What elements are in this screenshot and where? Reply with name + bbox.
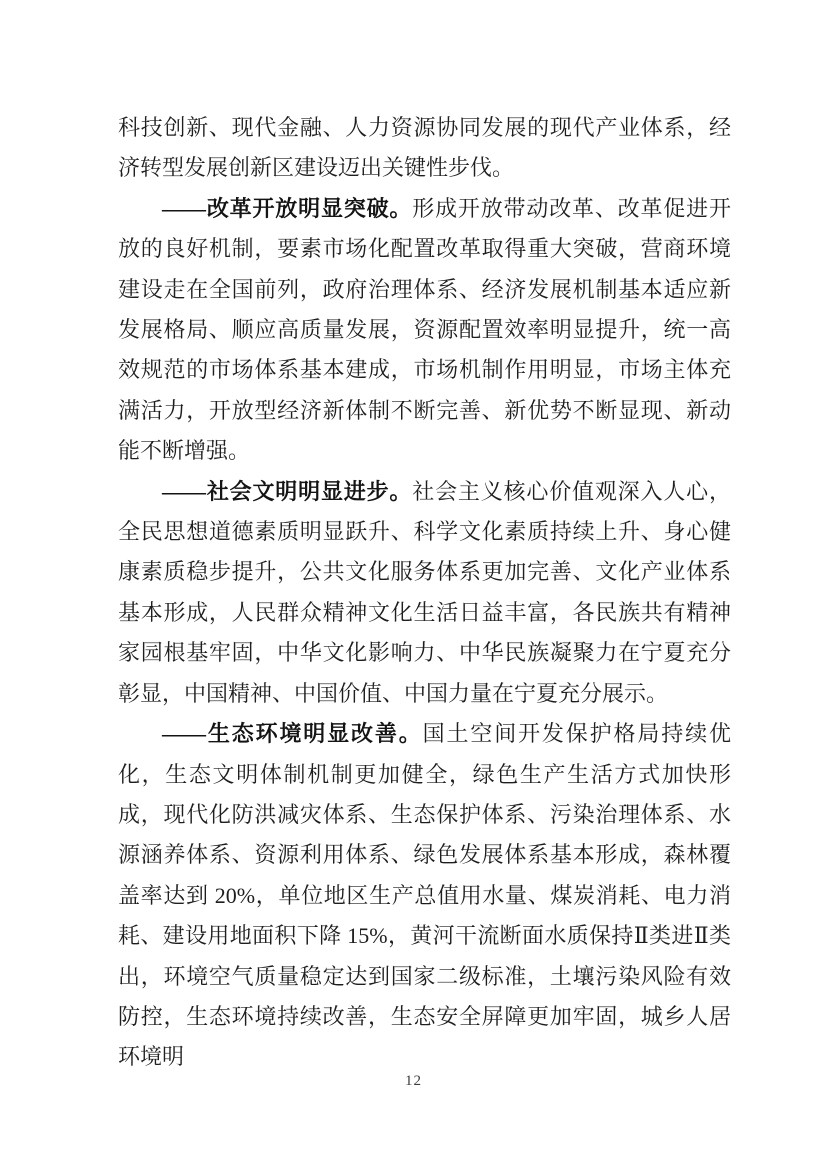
paragraph-text: 社会主义核心价值观深入人心，全民思想道德素质明显跃升、科学文化素质持续上升、身心…	[118, 479, 731, 706]
paragraph-text: 科技创新、现代金融、人力资源协同发展的现代产业体系，经济转型发展创新区建设迈出关…	[118, 115, 731, 180]
paragraph-lead: ——改革开放明显突破。	[162, 196, 412, 221]
paragraph-ecological-environment: ——生态环境明显改善。国土空间开发保护格局持续优化，生态文明体制机制更加健全，绿…	[118, 714, 731, 1078]
paragraph-continuation: 科技创新、现代金融、人力资源协同发展的现代产业体系，经济转型发展创新区建设迈出关…	[118, 108, 731, 189]
paragraph-reform-opening: ——改革开放明显突破。形成开放带动改革、改革促进开放的良好机制，要素市场化配置改…	[118, 189, 731, 472]
text-block: 科技创新、现代金融、人力资源协同发展的现代产业体系，经济转型发展创新区建设迈出关…	[118, 108, 731, 1078]
paragraph-lead: ——社会文明明显进步。	[162, 479, 412, 504]
page-number: 12	[405, 1073, 422, 1089]
paragraph-lead: ——生态环境明显改善。	[162, 721, 423, 746]
document-page: 科技创新、现代金融、人力资源协同发展的现代产业体系，经济转型发展创新区建设迈出关…	[0, 0, 827, 1169]
paragraph-social-civilization: ——社会文明明显进步。社会主义核心价值观深入人心，全民思想道德素质明显跃升、科学…	[118, 472, 731, 714]
paragraph-text: 国土空间开发保护格局持续优化，生态文明体制机制更加健全，绿色生产生活方式加快形成…	[118, 721, 731, 1069]
page-footer: 12	[0, 1072, 827, 1090]
paragraph-text: 形成开放带动改革、改革促进开放的良好机制，要素市场化配置改革取得重大突破，营商环…	[118, 196, 731, 463]
